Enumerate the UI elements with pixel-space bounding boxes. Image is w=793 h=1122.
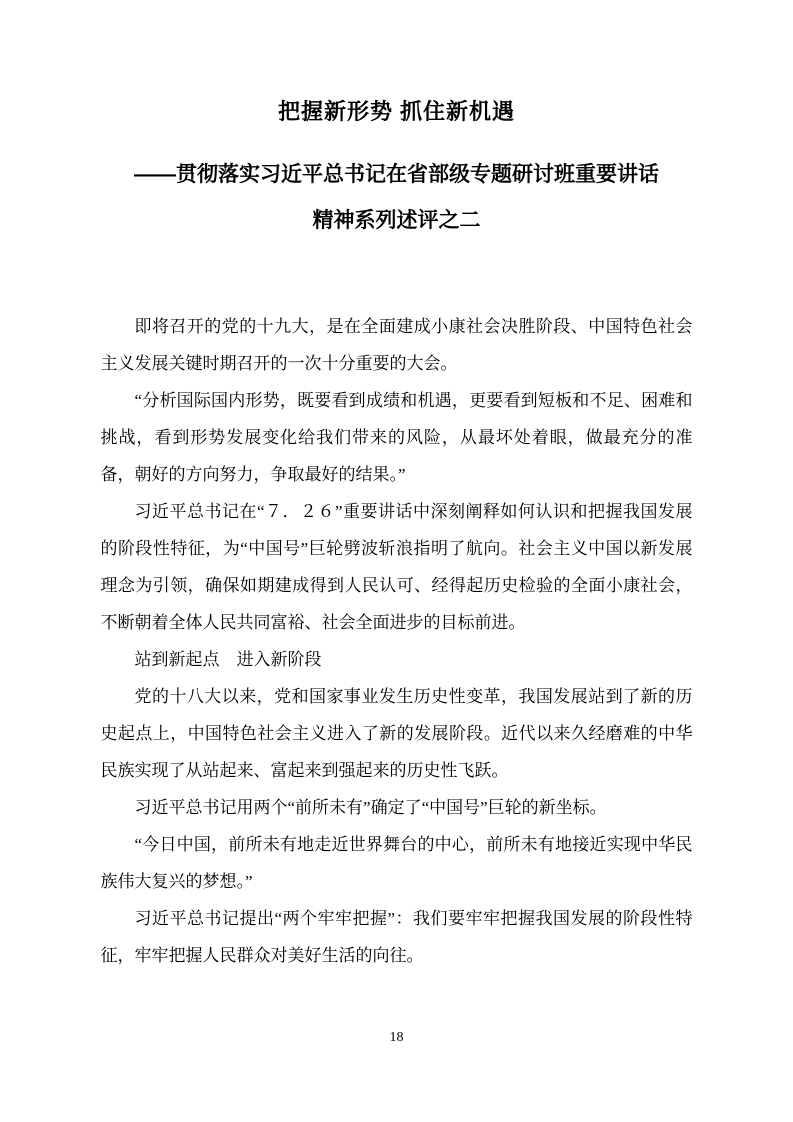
paragraph-speech-726: 习近平总书记在“７．２６”重要讲话中深刻阐释如何认识和把握我国发展的阶段性特征，…	[101, 493, 693, 641]
page-number: 18	[0, 1030, 793, 1046]
document-title: 把握新形势 抓住新机遇	[0, 0, 793, 126]
document-subtitle: ——贯彻落实习近平总书记在省部级专题研讨班重要讲话 精神系列述评之二	[87, 152, 707, 244]
document-body: 即将召开的党的十九大，是在全面建成小康社会决胜阶段、中国特色社会主义发展关键时期…	[101, 308, 693, 974]
subtitle-line-2: 精神系列述评之二	[313, 209, 481, 232]
section-heading-new-stage: 站到新起点 进入新阶段	[101, 641, 693, 678]
paragraph-intro: 即将召开的党的十九大，是在全面建成小康社会决胜阶段、中国特色社会主义发展关键时期…	[101, 308, 693, 382]
subtitle-line-1: ——贯彻落实习近平总书记在省部级专题研讨班重要讲话	[134, 163, 659, 186]
paragraph-quote-situation: “分析国际国内形势，既要看到成绩和机遇，更要看到短板和不足、困难和挑战，看到形势…	[101, 382, 693, 493]
paragraph-18th-congress: 党的十八大以来，党和国家事业发生历史性变革，我国发展站到了新的历史起点上，中国特…	[101, 678, 693, 789]
document-page: 把握新形势 抓住新机遇 ——贯彻落实习近平总书记在省部级专题研讨班重要讲话 精神…	[0, 0, 793, 1122]
paragraph-unprecedented: 习近平总书记用两个“前所未有”确定了“中国号”巨轮的新坐标。	[101, 789, 693, 826]
paragraph-quote-today-china: “今日中国，前所未有地走近世界舞台的中心，前所未有地接近实现中华民族伟大复兴的梦…	[101, 826, 693, 900]
paragraph-two-grasps: 习近平总书记提出“两个牢牢把握”：我们要牢牢把握我国发展的阶段性特征，牢牢把握人…	[101, 900, 693, 974]
